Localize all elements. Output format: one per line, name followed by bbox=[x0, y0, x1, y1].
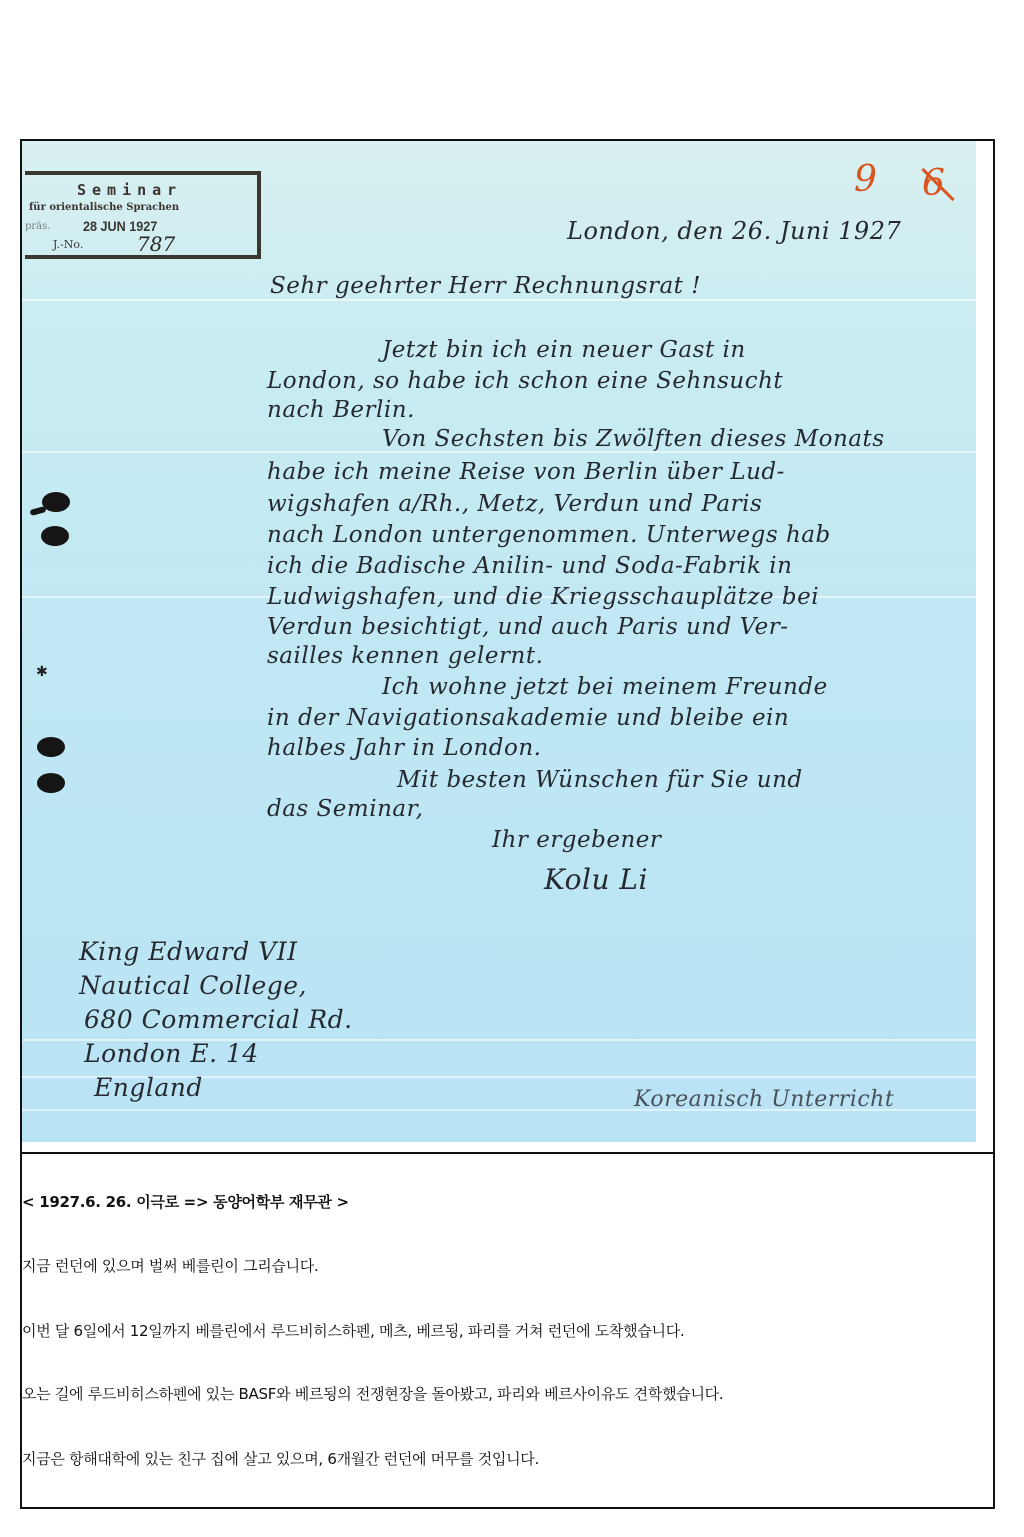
body-line: Von Sechsten bis Zwölften dieses Monats bbox=[382, 426, 885, 452]
body-line: habe ich meine Reise von Berlin über Lud… bbox=[267, 459, 785, 485]
body-line: sailles kennen gelernt. bbox=[267, 643, 543, 669]
body-line: Mit besten Wünschen für Sie und bbox=[397, 767, 803, 793]
body-line: halbes Jahr in London. bbox=[267, 735, 542, 761]
address-line: King Edward VII bbox=[79, 937, 298, 966]
punch-hole bbox=[37, 773, 65, 793]
ruled-line bbox=[22, 299, 976, 301]
stamp-subtitle: für orientalische Sprachen bbox=[29, 202, 179, 213]
body-line: Ich wohne jetzt bei meinem Freunde bbox=[382, 674, 828, 700]
punch-hole-tear bbox=[29, 506, 46, 516]
translation-cell: < 1927.6. 26. 이극로 => 동양어학부 재무관 > 지금 런던에 … bbox=[22, 1154, 993, 1507]
body-line: Verdun besichtigt, und auch Paris und Ve… bbox=[267, 614, 789, 640]
body-line: das Seminar, bbox=[267, 796, 423, 822]
folio-number: 9 bbox=[854, 159, 877, 200]
body-line: Jetzt bin ich ein neuer Gast in bbox=[382, 337, 746, 363]
salutation: Sehr geehrter Herr Rechnungsrat ! bbox=[270, 273, 701, 299]
stamp-journal-number: 787 bbox=[137, 232, 175, 256]
address-line: 680 Commercial Rd. bbox=[84, 1005, 353, 1034]
body-line: ich die Badische Anilin- und Soda-Fabrik… bbox=[267, 553, 792, 579]
stamp-journal-label: J.-No. bbox=[53, 238, 83, 251]
closing: Ihr ergebener bbox=[492, 827, 661, 853]
ink-mark: ✱ bbox=[36, 664, 48, 680]
archival-note: Koreanisch Unterricht bbox=[634, 1087, 894, 1112]
translation-paragraph: 지금은 항해대학에 있는 친구 집에 살고 있으며, 6개월간 런던에 머무를 … bbox=[22, 1448, 539, 1469]
translation-paragraph: 지금 런던에 있으며 벌써 베를린이 그리습니다. bbox=[22, 1255, 318, 1276]
seminar-received-stamp: Seminar für orientalische Sprachen präs.… bbox=[25, 171, 261, 259]
translation-paragraph: 이번 달 6일에서 12일까지 베를린에서 루드비히스하펜, 메츠, 베르됭, … bbox=[22, 1320, 684, 1341]
letter-image-cell: Seminar für orientalische Sprachen präs.… bbox=[22, 141, 993, 1154]
body-line: nach London untergenommen. Unterwegs hab bbox=[267, 522, 831, 548]
place-date: London, den 26. Juni 1927 bbox=[567, 217, 901, 245]
punch-hole bbox=[41, 526, 69, 546]
translation-paragraph: 오는 길에 루드비히스하펜에 있는 BASF와 베르됭의 전쟁현장을 돌아봤고,… bbox=[22, 1383, 723, 1404]
letter-scan: Seminar für orientalische Sprachen präs.… bbox=[22, 141, 976, 1142]
body-line: nach Berlin. bbox=[267, 397, 415, 423]
stamp-pres-label: präs. bbox=[25, 221, 50, 232]
translation-heading: < 1927.6. 26. 이극로 => 동양어학부 재무관 > bbox=[22, 1191, 349, 1212]
address-line: London E. 14 bbox=[84, 1039, 259, 1068]
address-line: Nautical College, bbox=[79, 971, 307, 1000]
body-line: in der Navigationsakademie und bleibe ei… bbox=[267, 705, 789, 731]
punch-hole bbox=[37, 737, 65, 757]
body-line: Ludwigshafen, und die Kriegsschauplätze … bbox=[267, 584, 819, 610]
body-line: wigshafen a/Rh., Metz, Verdun und Paris bbox=[267, 491, 762, 517]
stamp-title: Seminar bbox=[77, 181, 182, 199]
body-line: London, so habe ich schon eine Sehnsucht bbox=[267, 368, 783, 394]
document-frame: Seminar für orientalische Sprachen präs.… bbox=[20, 139, 995, 1509]
signature: Kolu Li bbox=[544, 863, 648, 896]
folio-number-struck: 6 bbox=[922, 163, 945, 204]
punch-hole bbox=[42, 492, 70, 512]
address-line: England bbox=[94, 1073, 203, 1102]
